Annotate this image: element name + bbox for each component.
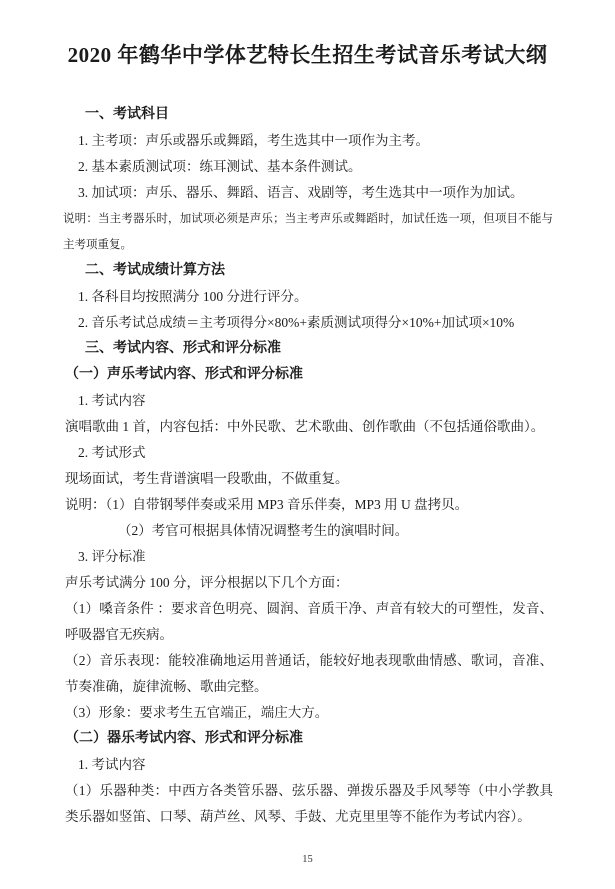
vocal-scoring-body: 声乐考试满分 100 分，评分根据以下几个方面： [63, 570, 553, 596]
section-2-heading: 二、考试成绩计算方法 [63, 258, 553, 284]
page-number: 15 [0, 854, 615, 865]
vocal-content-heading: 1. 考试内容 [63, 388, 553, 414]
instrument-content-heading: 1. 考试内容 [63, 752, 553, 778]
vocal-format-heading: 2. 考试形式 [63, 440, 553, 466]
document-body: 一、考试科目 1. 主考项：声乐或器乐或舞蹈，考生选其中一项作为主考。 2. 基… [63, 102, 553, 830]
subsection-instrument-heading: （二）器乐考试内容、形式和评分标准 [63, 726, 553, 752]
vocal-scoring-criterion-2: （2）音乐表现：能较准确地运用普通话，能较好地表现歌曲情感、歌词，音准、节奏准确… [63, 648, 553, 700]
section-1-item-3: 3. 加试项：声乐、器乐、舞蹈、语言、戏剧等，考生选其中一项作为加试。 [63, 180, 553, 206]
document-page: 2020 年鹤华中学体艺特长生招生考试音乐考试大纲 一、考试科目 1. 主考项：… [0, 0, 615, 889]
vocal-scoring-heading: 3. 评分标准 [63, 544, 553, 570]
section-2-item-2-formula: 2. 音乐考试总成绩＝主考项得分×80%+素质测试项得分×10%+加试项×10% [63, 310, 553, 336]
vocal-format-body: 现场面试，考生背谱演唱一段歌曲，不做重复。 [63, 466, 553, 492]
vocal-content-body: 演唱歌曲 1 首，内容包括：中外民歌、艺术歌曲、创作歌曲（不包括通俗歌曲）。 [63, 414, 553, 440]
subsection-vocal-heading: （一）声乐考试内容、形式和评分标准 [63, 362, 553, 388]
section-1-item-2: 2. 基本素质测试项：练耳测试、基本条件测试。 [63, 154, 553, 180]
vocal-scoring-criterion-1: （1）嗓音条件 ：要求音色明亮、圆润、音质干净、声音有较大的可塑性，发音、呼吸器… [63, 596, 553, 648]
section-1-item-1: 1. 主考项：声乐或器乐或舞蹈，考生选其中一项作为主考。 [63, 128, 553, 154]
section-2-item-1: 1. 各科目均按照满分 100 分进行评分。 [63, 284, 553, 310]
section-3-heading: 三、考试内容、形式和评分标准 [63, 336, 553, 362]
section-1-note: 说明：当主考器乐时，加试项必须是声乐；当主考声乐或舞蹈时，加试任选一项，但项目不… [63, 206, 553, 258]
vocal-format-note-2: （2）考官可根据具体情况调整考生的演唱时间。 [63, 518, 553, 544]
vocal-format-note-1: 说明：（1）自带钢琴伴奏或采用 MP3 音乐伴奏，MP3 用 U 盘拷贝。 [63, 492, 553, 518]
document-title: 2020 年鹤华中学体艺特长生招生考试音乐考试大纲 [0, 0, 615, 70]
vocal-scoring-criterion-3: （3）形象：要求考生五官端正，端庄大方。 [63, 700, 553, 726]
instrument-content-body: （1）乐器种类：中西方各类管乐器、弦乐器、弹拨乐器及手风琴等（中小学教具类乐器如… [63, 778, 553, 830]
section-1-heading: 一、考试科目 [63, 102, 553, 128]
